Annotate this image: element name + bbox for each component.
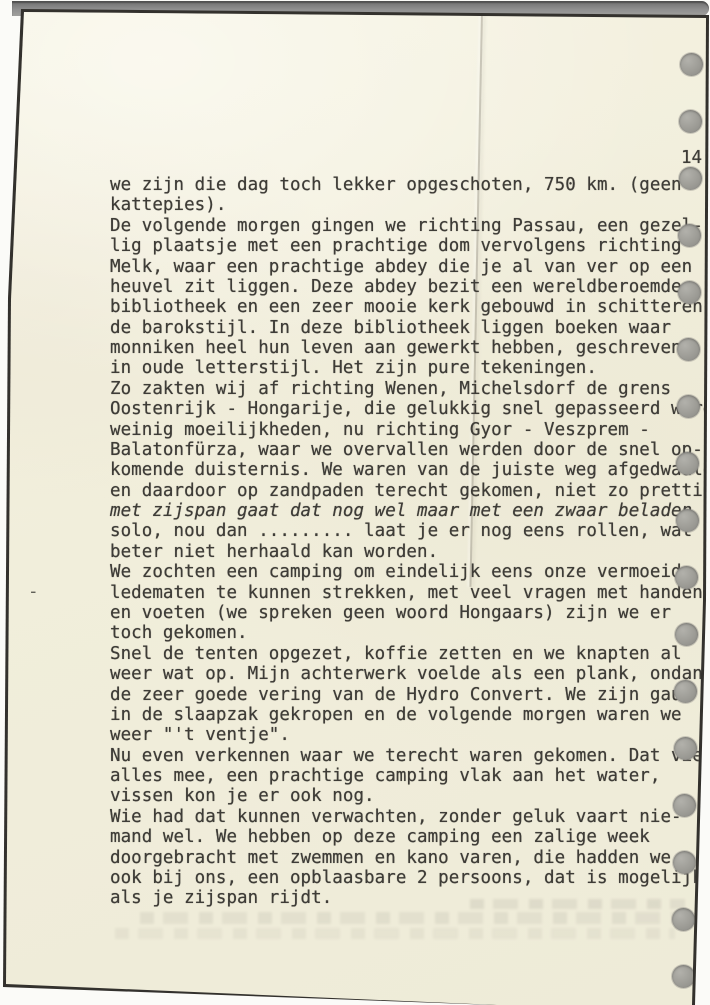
binder-hole: [674, 737, 697, 760]
binder-hole: [675, 566, 698, 589]
binder-hole: [677, 395, 700, 418]
binder-hole: [676, 509, 699, 532]
binder-hole: [674, 680, 697, 703]
binder-hole: [673, 794, 696, 817]
binder-hole: [673, 851, 696, 874]
binder-hole: [678, 224, 701, 247]
binder-holes: [0, 0, 710, 1005]
binder-hole: [679, 110, 702, 133]
binder-hole: [675, 623, 698, 646]
scanned-page-container: 14 - we zijn die dag toch lekker opgesch…: [0, 0, 710, 1005]
binder-hole: [676, 452, 699, 475]
binder-hole: [672, 908, 695, 931]
binder-hole: [677, 338, 700, 361]
binder-hole: [672, 965, 695, 988]
binder-hole: [678, 281, 701, 304]
binder-hole: [679, 167, 702, 190]
document-page: 14 - we zijn die dag toch lekker opgesch…: [0, 0, 710, 1005]
binder-hole: [680, 53, 703, 76]
